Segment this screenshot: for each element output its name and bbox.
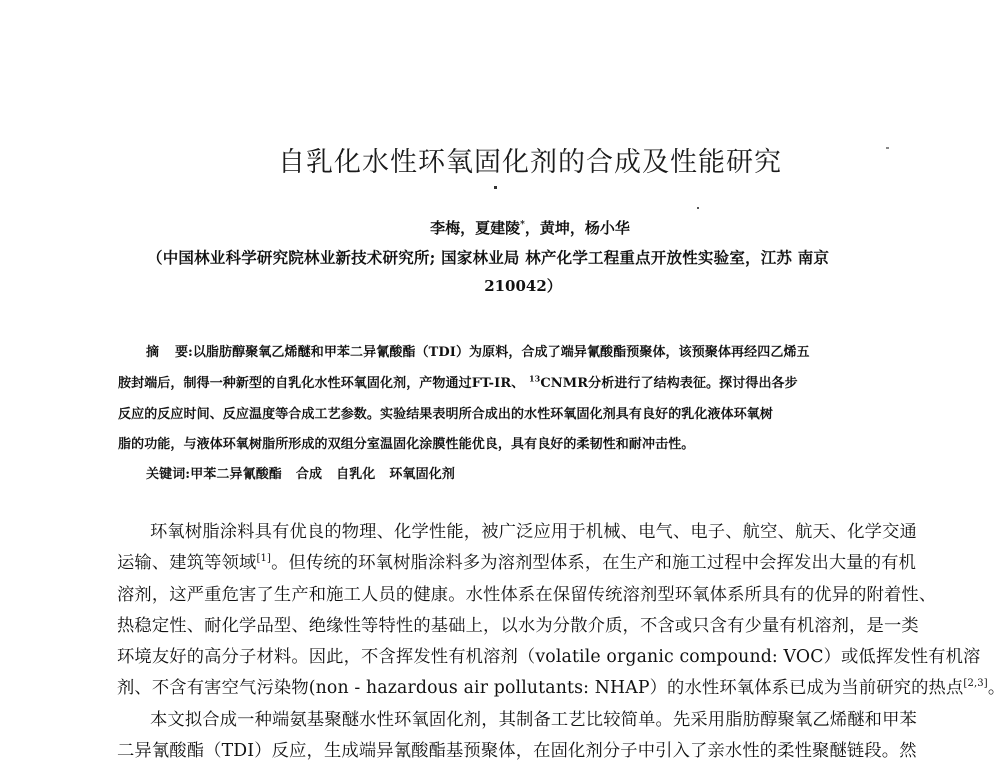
keyword: 环氧固化剂 bbox=[389, 467, 455, 482]
body-line: 环氧树脂涂料具有优良的物理、化学性能，被广泛应用于机械、电气、电子、航空、航天、… bbox=[150, 517, 917, 542]
affiliation-line-2: 210042） bbox=[0, 275, 1000, 296]
body-line: 环境友好的高分子材料。因此，不含挥发性有机溶剂（volatile organic… bbox=[117, 642, 980, 667]
abstract-line: 胺封端后，制得一种新型的自乳化水性环氧固化剂，产物通过FT-IR、 13CNMR… bbox=[118, 372, 798, 391]
body-line: 溶剂，这严重危害了生产和施工人员的健康。水性体系在保留传统溶剂型环氧体系所具有的… bbox=[117, 580, 936, 605]
abstract-line: 脂的功能，与液体环氧树脂所形成的双组分室温固化涂膜性能优良，具有良好的柔韧性和耐… bbox=[118, 433, 694, 452]
scan-speck bbox=[697, 207, 699, 209]
keywords-label: 关键词: bbox=[146, 467, 190, 482]
body-line: 本文拟合成一种端氨基聚醚水性环氧固化剂，其制备工艺比较简单。先采用脂肪醇聚氧乙烯… bbox=[150, 705, 917, 730]
keywords: 关键词:甲苯二异氰酸酯合成自乳化环氧固化剂 bbox=[146, 463, 455, 482]
abstract-line: 反应的反应时间、反应温度等合成工艺参数。实验结果表明所合成出的水性环氧固化剂具有… bbox=[118, 403, 773, 422]
isotope-superscript: 13 bbox=[529, 374, 540, 384]
abstract-label: 摘要: bbox=[146, 345, 193, 360]
citation: [1] bbox=[256, 553, 271, 564]
paper-title: 自乳化水性环氧固化剂的合成及性能研究 bbox=[0, 140, 1000, 179]
affiliation-line-1: （中国林业科学研究院林业新技术研究所; 国家林业局 林产化学工程重点开放性实验室… bbox=[147, 246, 829, 268]
keyword: 自乳化 bbox=[336, 467, 375, 482]
abstract-line: 摘要:以脂肪醇聚氧乙烯醚和甲苯二异氰酸酯（TDI）为原料，合成了端异氰酸酯预聚体… bbox=[146, 341, 810, 360]
author-corresponding: 夏建陵 bbox=[475, 219, 520, 237]
scan-speck bbox=[886, 147, 889, 149]
body-line: 运输、建筑等领域[1]。但传统的环氧树脂涂料多为溶剂型体系，在生产和施工过程中会… bbox=[117, 548, 916, 573]
body-line: 剂、不含有害空气污染物(non - hazardous air pollutan… bbox=[117, 673, 1000, 698]
body-line: 二异氰酸酯（TDI）反应，生成端异氰酸酯基预聚体，在固化剂分子中引入了亲水性的柔… bbox=[117, 736, 917, 760]
keyword: 合成 bbox=[296, 467, 322, 482]
author: 李梅， bbox=[430, 219, 475, 237]
citation: [2,3] bbox=[963, 678, 987, 689]
scan-speck bbox=[494, 186, 497, 189]
author-list: 李梅，夏建陵*，黄坤，杨小华 bbox=[0, 217, 1000, 238]
body-line: 热稳定性、耐化学品型、绝缘性等特性的基础上，以水为分散介质，不含或只含有少量有机… bbox=[117, 611, 919, 636]
keyword: 甲苯二异氰酸酯 bbox=[190, 467, 282, 482]
author: ，黄坤，杨小华 bbox=[525, 219, 630, 237]
